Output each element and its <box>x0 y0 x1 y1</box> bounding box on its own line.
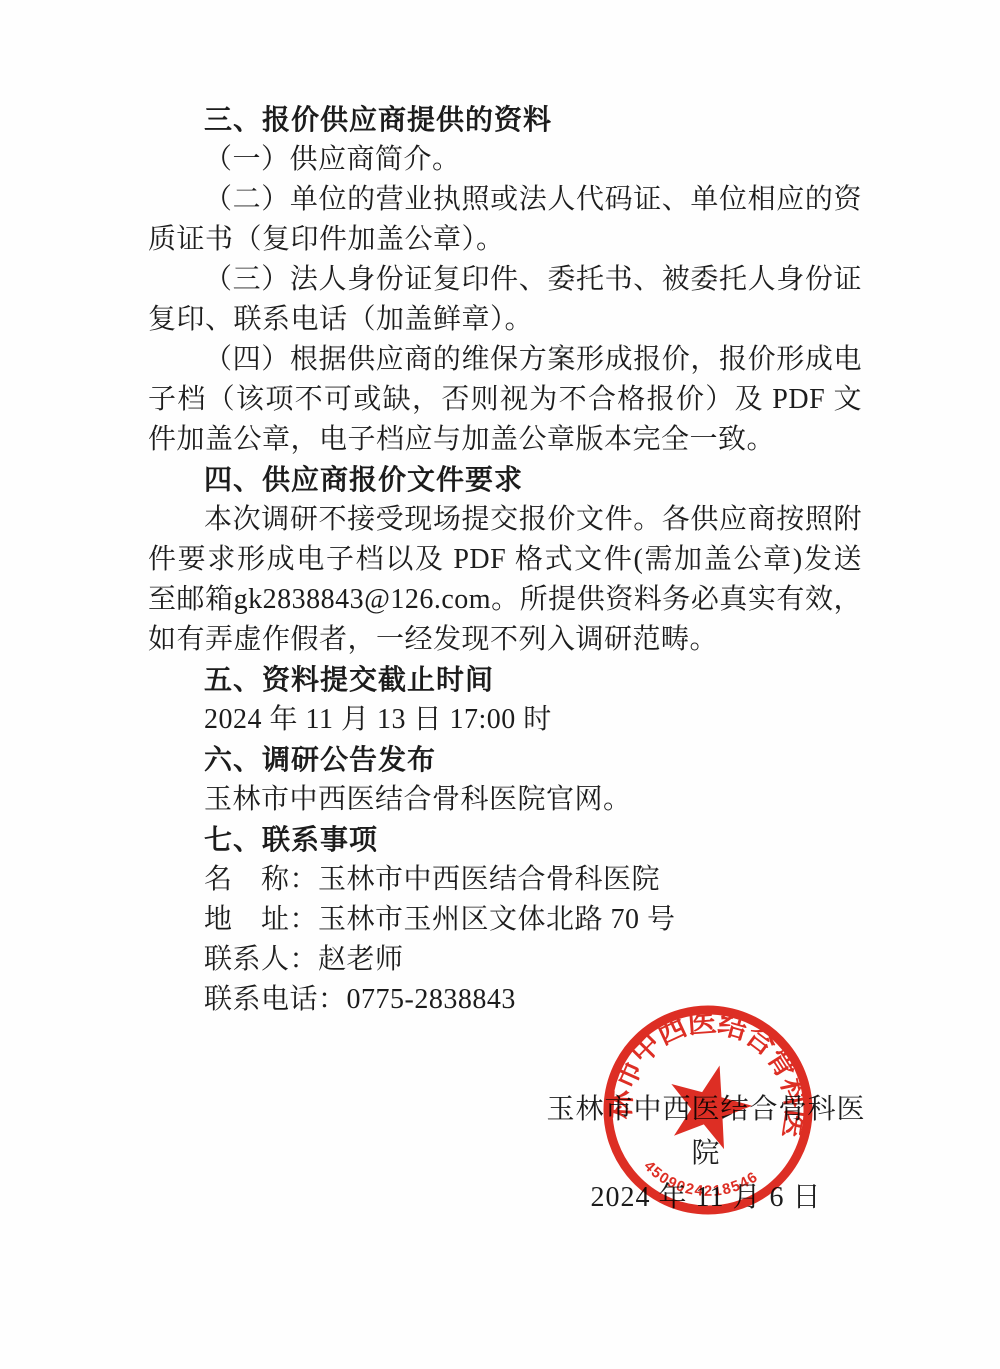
signature-org: 玉林市中西医结合骨科医院 <box>533 1088 879 1176</box>
document-page: 三、报价供应商提供的资料 （一）供应商简介。 （二）单位的营业执照或法人代码证、… <box>0 0 1000 1369</box>
paragraph-deadline: 2024 年 11 月 13 日 17:00 时 <box>148 700 862 740</box>
signature-date: 2024 年 11 月 6 日 <box>533 1176 879 1220</box>
paragraph-id-copies: （三）法人身份证复印件、委托书、被委托人身份证复印、联系电话（加盖鲜章）。 <box>148 260 862 340</box>
paragraph-license: （二）单位的营业执照或法人代码证、单位相应的资质证书（复印件加盖公章）。 <box>148 180 862 260</box>
section-heading-7: 七、联系事项 <box>148 820 862 860</box>
document-body: 三、报价供应商提供的资料 （一）供应商简介。 （二）单位的营业执照或法人代码证、… <box>148 100 862 1020</box>
paragraph-contact-name: 名 称：玉林市中西医结合骨科医院 <box>148 860 862 900</box>
signature-block: 玉林市中西医结合骨科医院 2024 年 11 月 6 日 <box>533 1088 879 1220</box>
paragraph-supplier-intro: （一）供应商简介。 <box>148 140 862 180</box>
paragraph-publish-site: 玉林市中西医结合骨科医院官网。 <box>148 780 862 820</box>
section-heading-5: 五、资料提交截止时间 <box>148 660 862 700</box>
paragraph-contact-person: 联系人：赵老师 <box>148 940 862 980</box>
paragraph-contact-addr: 地 址：玉林市玉州区文体北路 70 号 <box>148 900 862 940</box>
paragraph-contact-phone: 联系电话：0775-2838843 <box>148 980 862 1020</box>
section-heading-3: 三、报价供应商提供的资料 <box>148 100 862 140</box>
section-heading-6: 六、调研公告发布 <box>148 740 862 780</box>
paragraph-submission: 本次调研不接受现场提交报价文件。各供应商按照附件要求形成电子档以及 PDF 格式… <box>148 500 862 660</box>
paragraph-quote-format: （四）根据供应商的维保方案形成报价，报价形成电子档（该项不可或缺，否则视为不合格… <box>148 340 862 460</box>
section-heading-4: 四、供应商报价文件要求 <box>148 460 862 500</box>
